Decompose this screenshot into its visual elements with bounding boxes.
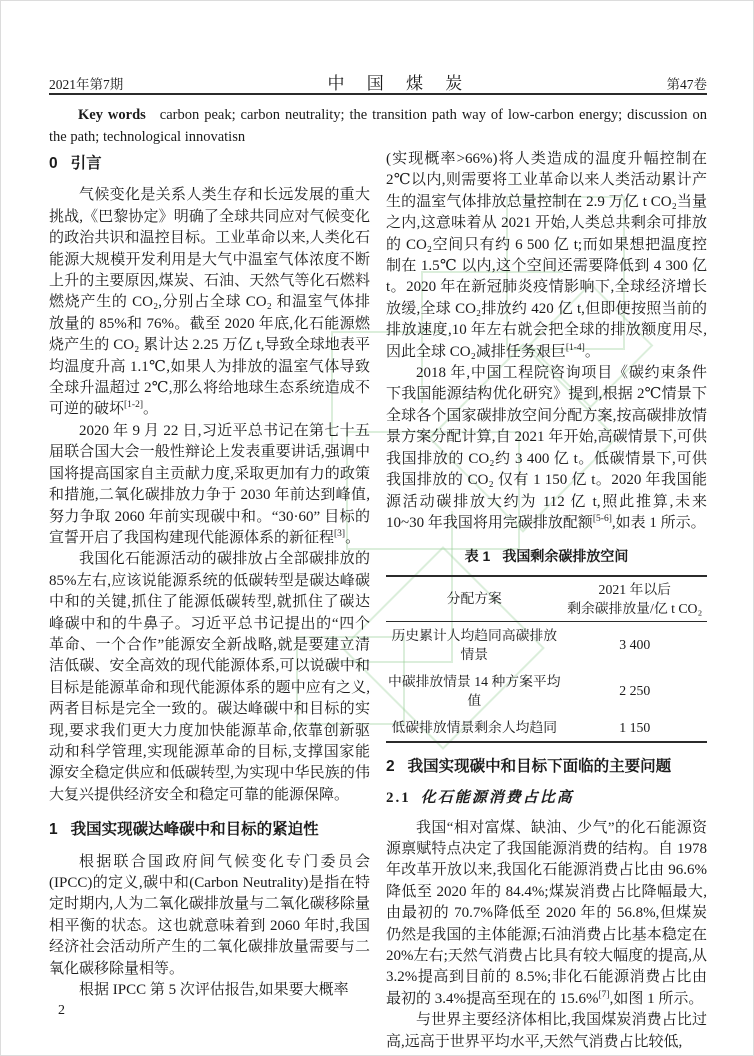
table-caption-label: 表 1 <box>465 548 491 564</box>
header-rule <box>49 93 707 95</box>
page-number: 2 <box>58 1003 65 1019</box>
section-0-heading: 0引言 <box>49 153 370 174</box>
cell-value: 1 150 <box>563 714 707 742</box>
table-caption-title: 我国剩余碳排放空间 <box>502 548 628 564</box>
table-row: 历史累计人均趋同高碳排放情景 3 400 <box>386 621 707 668</box>
header-volume: 第47卷 <box>667 73 708 93</box>
section-1-heading: 1我国实现碳达峰碳中和目标的紧迫性 <box>49 819 370 840</box>
paragraph: 气候变化是关系人类生存和长远发展的重大挑战,《巴黎协定》明确了全球共同应对气候变… <box>49 185 370 420</box>
section-2-1-heading: 2.1化石能源消费占比高 <box>386 788 707 809</box>
section-number: 2 <box>386 758 395 775</box>
header-issue: 2021年第7期 <box>49 73 123 93</box>
paragraph: 与世界主要经济体相比,我国煤炭消费占比过高,远高于世界平均水平,天然气消费占比较… <box>386 1010 707 1053</box>
paragraph: 根据联合国政府间气候变化专门委员会(IPCC)的定义,碳中和(Carbon Ne… <box>49 852 370 980</box>
paragraph: 我国化石能源活动的碳排放占全部碳排放的 85%左右,应该说能源系统的低碳转型是碳… <box>49 549 370 806</box>
section-title: 我国实现碳达峰碳中和目标的紧迫性 <box>71 821 319 838</box>
section-2-heading: 2我国实现碳中和目标下面临的主要问题 <box>386 756 707 777</box>
paragraph: 2020 年 9 月 22 日,习近平总书记在第七十五届联合国大会一般性辩论上发… <box>49 421 370 549</box>
section-title: 我国实现碳中和目标下面临的主要问题 <box>408 758 672 775</box>
keywords-text: carbon peak; carbon neutrality; the tran… <box>49 107 707 145</box>
header-journal-title: 中 国 煤 炭 <box>319 69 472 94</box>
table-row: 低碳排放情景剩余人均趋同 1 150 <box>386 714 707 742</box>
section-title: 化石能源消费占比高 <box>421 790 574 806</box>
cell-scheme: 中碳排放情景 14 种方案平均值 <box>386 668 563 714</box>
column-header-scheme: 分配方案 <box>386 576 563 622</box>
cell-scheme: 历史累计人均趋同高碳排放情景 <box>386 621 563 668</box>
section-number: 0 <box>49 155 58 172</box>
section-number: 2.1 <box>386 790 411 806</box>
right-column: (实现概率>66%)将人类造成的温度升幅控制在 2℃以内,则需要将工业革命以来人… <box>386 149 707 1053</box>
keywords-label: Key words <box>78 107 146 123</box>
table-caption: 表 1我国剩余碳排放空间 <box>386 546 707 567</box>
section-title: 引言 <box>71 155 102 172</box>
paragraph: (实现概率>66%)将人类造成的温度升幅控制在 2℃以内,则需要将工业革命以来人… <box>386 149 707 363</box>
table-remaining-carbon-space: 分配方案 2021 年以后 剩余碳排放量/亿 t CO₂ 历史累计人均趋同高碳排… <box>386 575 707 743</box>
left-column: 0引言 气候变化是关系人类生存和长远发展的重大挑战,《巴黎协定》明确了全球共同应… <box>49 151 370 1001</box>
keywords-line: Key wordscarbon peak; carbon neutrality;… <box>49 104 707 148</box>
paragraph: 我国“相对富煤、缺油、少气”的化石能源资源禀赋特点决定了我国能源消费的结构。自 … <box>386 818 707 1011</box>
paragraph: 根据 IPCC 第 5 次评估报告,如果要大概率 <box>49 980 370 1001</box>
table-row: 中碳排放情景 14 种方案平均值 2 250 <box>386 668 707 714</box>
section-number: 1 <box>49 821 58 838</box>
column-header-value-line1: 2021 年以后 <box>563 580 707 599</box>
table-header-row: 分配方案 2021 年以后 剩余碳排放量/亿 t CO₂ <box>386 576 707 622</box>
cell-scheme: 低碳排放情景剩余人均趋同 <box>386 714 563 742</box>
column-header-value: 2021 年以后 剩余碳排放量/亿 t CO₂ <box>563 576 707 622</box>
column-header-value-line2: 剩余碳排放量/亿 t CO₂ <box>563 599 707 618</box>
paragraph: 2018 年,中国工程院咨询项目《碳约束条件下我国能源结构优化研究》提到,根据 … <box>386 363 707 534</box>
cell-value: 3 400 <box>563 621 707 668</box>
journal-page: 2021年第7期 中 国 煤 炭 第47卷 Key wordscarbon pe… <box>0 0 754 1056</box>
cell-value: 2 250 <box>563 668 707 714</box>
running-head: 2021年第7期 中 国 煤 炭 第47卷 <box>49 69 707 94</box>
